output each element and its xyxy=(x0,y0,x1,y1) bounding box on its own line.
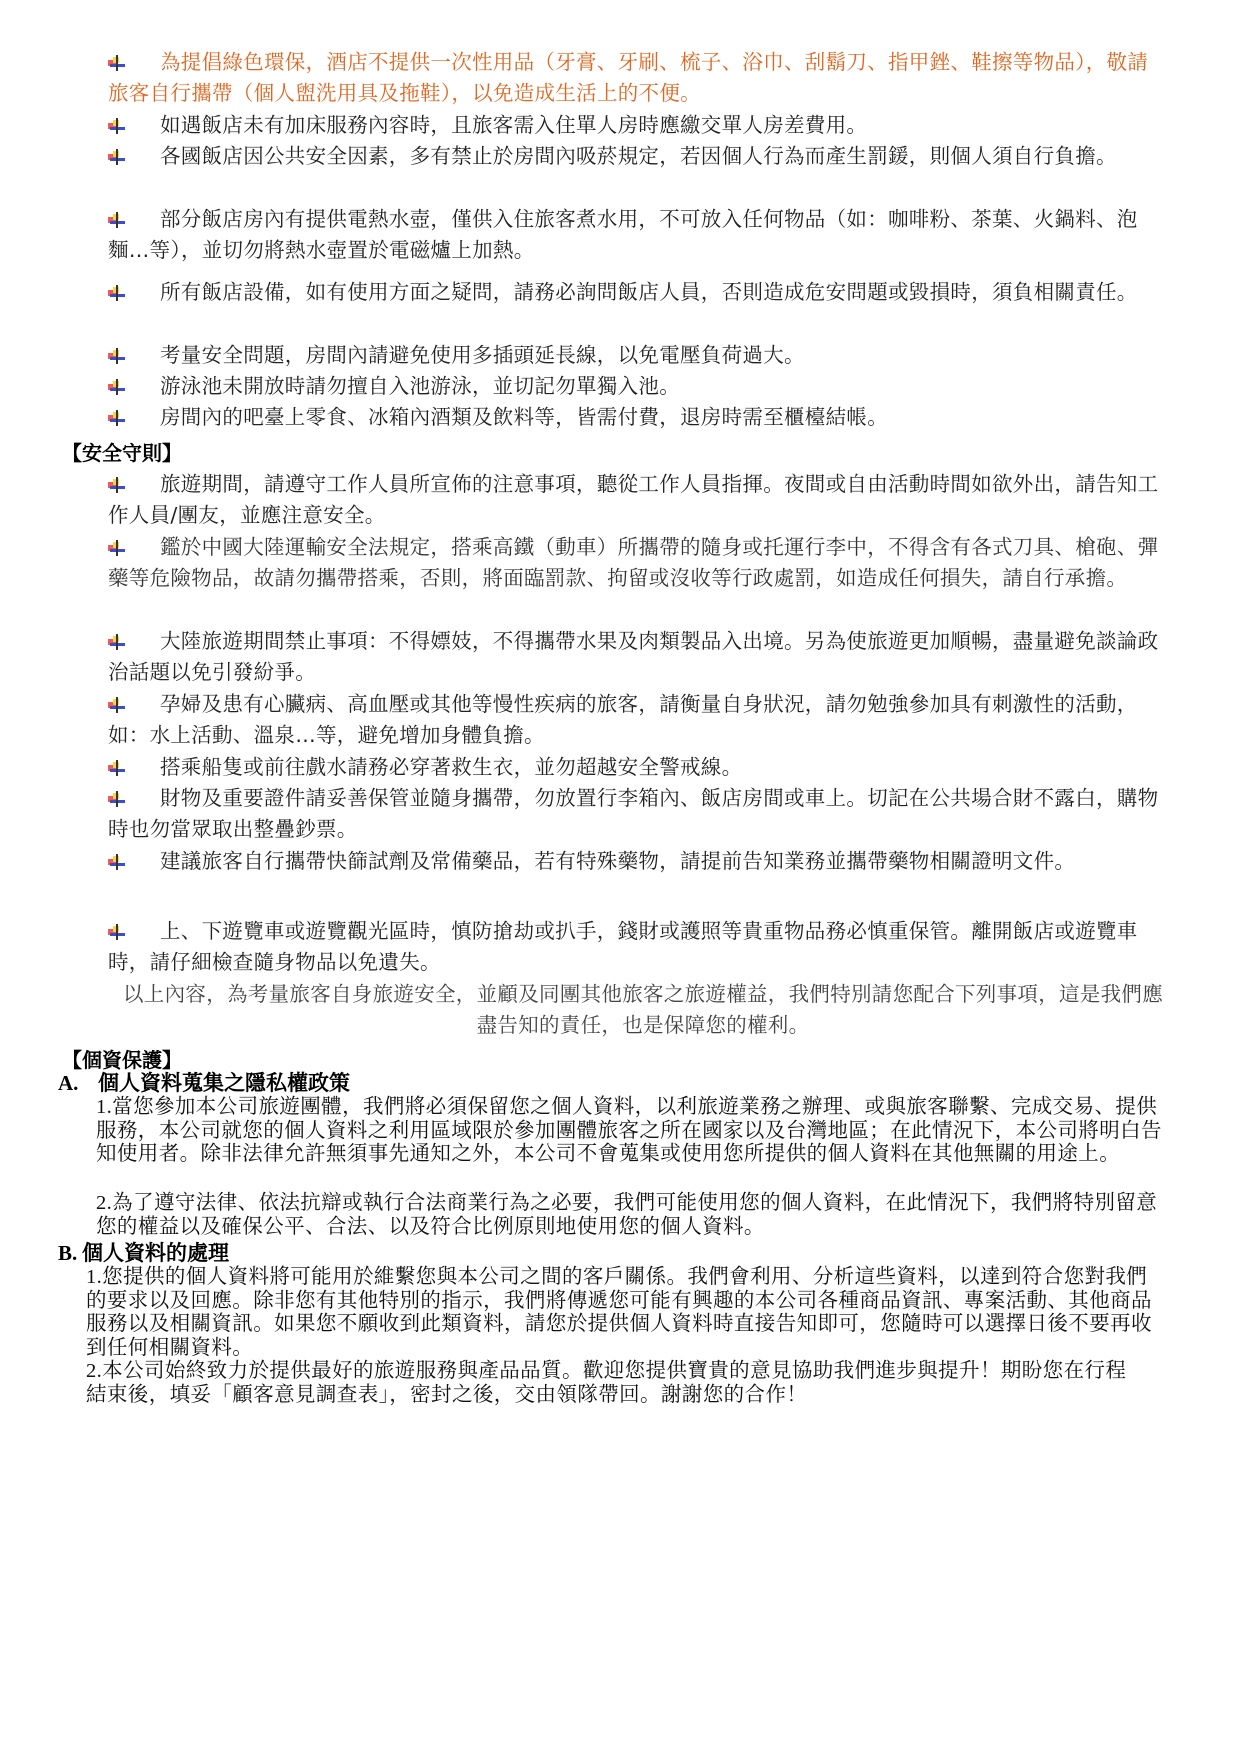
cross-bullet-icon xyxy=(108,118,126,134)
safety-item: 旅遊期間，請遵守工作人員所宣佈的注意事項，聽從工作人員指揮。夜間或自由活動時間如… xyxy=(108,469,1168,531)
cross-bullet-icon xyxy=(108,212,126,228)
hotel-note-item: 如遇飯店未有加床服務內容時，且旅客需入住單人房時應繳交單人房差費用。 xyxy=(108,110,1168,141)
cross-bullet-icon xyxy=(108,348,126,364)
cross-bullet-icon xyxy=(108,697,126,713)
privacy-a-paragraph-2: 2.為了遵守法律、依法抗辯或執行合法商業行為之必要，我們可能使用您的個人資料，在… xyxy=(96,1192,1166,1239)
cross-bullet-icon xyxy=(108,791,126,807)
safety-closing-note: 以上內容，為考量旅客自身旅遊安全，並顧及同團其他旅客之旅遊權益，我們特別請您配合… xyxy=(118,979,1168,1041)
hotel-note-item: 考量安全問題，房間內請避免使用多插頭延長線，以免電壓負荷過大。 xyxy=(108,340,1168,371)
cross-bullet-icon xyxy=(108,55,126,71)
cross-bullet-icon xyxy=(108,924,126,940)
privacy-section-a-title: A.個人資料蒐集之隱私權政策 xyxy=(58,1070,350,1096)
hotel-note-item: 各國飯店因公共安全因素，多有禁止於房間內吸菸規定，若因個人行為而產生罰鍰，則個人… xyxy=(108,141,1168,172)
safety-item: 上、下遊覽車或遊覽觀光區時，慎防搶劫或扒手，錢財或護照等貴重物品務必慎重保管。離… xyxy=(108,916,1168,978)
privacy-a-paragraph-1: 1.當您參加本公司旅遊團體，我們將必須保留您之個人資料，以利旅遊業務之辦理、或與… xyxy=(96,1096,1171,1167)
cross-bullet-icon xyxy=(108,634,126,650)
hotel-note-item: 房間內的吧臺上零食、冰箱內酒類及飲料等，皆需付費，退房時需至櫃檯結帳。 xyxy=(108,402,1168,433)
cross-bullet-icon xyxy=(108,540,126,556)
safety-heading: 【安全守則】 xyxy=(62,439,182,467)
safety-item: 財物及重要證件請妥善保管並隨身攜帶，勿放置行李箱內、飯店房間或車上。切記在公共場… xyxy=(108,783,1168,845)
safety-item: 鑑於中國大陸運輸安全法規定，搭乘高鐵（動車）所攜帶的隨身或托運行李中，不得含有各… xyxy=(108,532,1168,594)
hotel-note-item: 部分飯店房內有提供電熱水壺，僅供入住旅客煮水用，不可放入任何物品（如：咖啡粉、茶… xyxy=(108,204,1168,266)
safety-item: 建議旅客自行攜帶快篩試劑及常備藥品，若有特殊藥物，請提前告知業務並攜帶藥物相關證… xyxy=(108,846,1168,877)
cross-bullet-icon xyxy=(108,760,126,776)
cross-bullet-icon xyxy=(108,854,126,870)
section-b-marker: B. xyxy=(58,1240,82,1266)
privacy-b-paragraph-1: 1.您提供的個人資料將可能用於維繫您與本公司之間的客戶關係。我們會利用、分析這些… xyxy=(86,1266,1161,1360)
safety-item: 大陸旅遊期間禁止事項：不得嫖妓，不得攜帶水果及肉類製品入出境。另為使旅遊更加順暢… xyxy=(108,626,1168,688)
cross-bullet-icon xyxy=(108,477,126,493)
cross-bullet-icon xyxy=(108,410,126,426)
privacy-section-b-title: B.個人資料的處理 xyxy=(58,1240,229,1266)
section-a-marker: A. xyxy=(58,1070,98,1096)
cross-bullet-icon xyxy=(108,379,126,395)
cross-bullet-icon xyxy=(108,285,126,301)
hotel-note-item: 所有飯店設備，如有使用方面之疑問，請務必詢問飯店人員，否則造成危安問題或毀損時，… xyxy=(108,277,1168,308)
safety-item: 孕婦及患有心臟病、高血壓或其他等慢性疾病的旅客，請衡量自身狀況，請勿勉強參加具有… xyxy=(108,689,1168,751)
cross-bullet-icon xyxy=(108,149,126,165)
safety-item: 搭乘船隻或前往戲水請務必穿著救生衣，並勿超越安全警戒線。 xyxy=(108,752,1168,783)
hotel-note-item: 游泳池未開放時請勿擅自入池游泳，並切記勿單獨入池。 xyxy=(108,371,1168,402)
hotel-note-item: 為提倡綠色環保，酒店不提供一次性用品（牙膏、牙刷、梳子、浴巾、刮鬍刀、指甲銼、鞋… xyxy=(108,47,1168,109)
privacy-b-paragraph-2: 2.本公司始終致力於提供最好的旅遊服務與產品品質。歡迎您提供寶貴的意見協助我們進… xyxy=(86,1360,1146,1407)
